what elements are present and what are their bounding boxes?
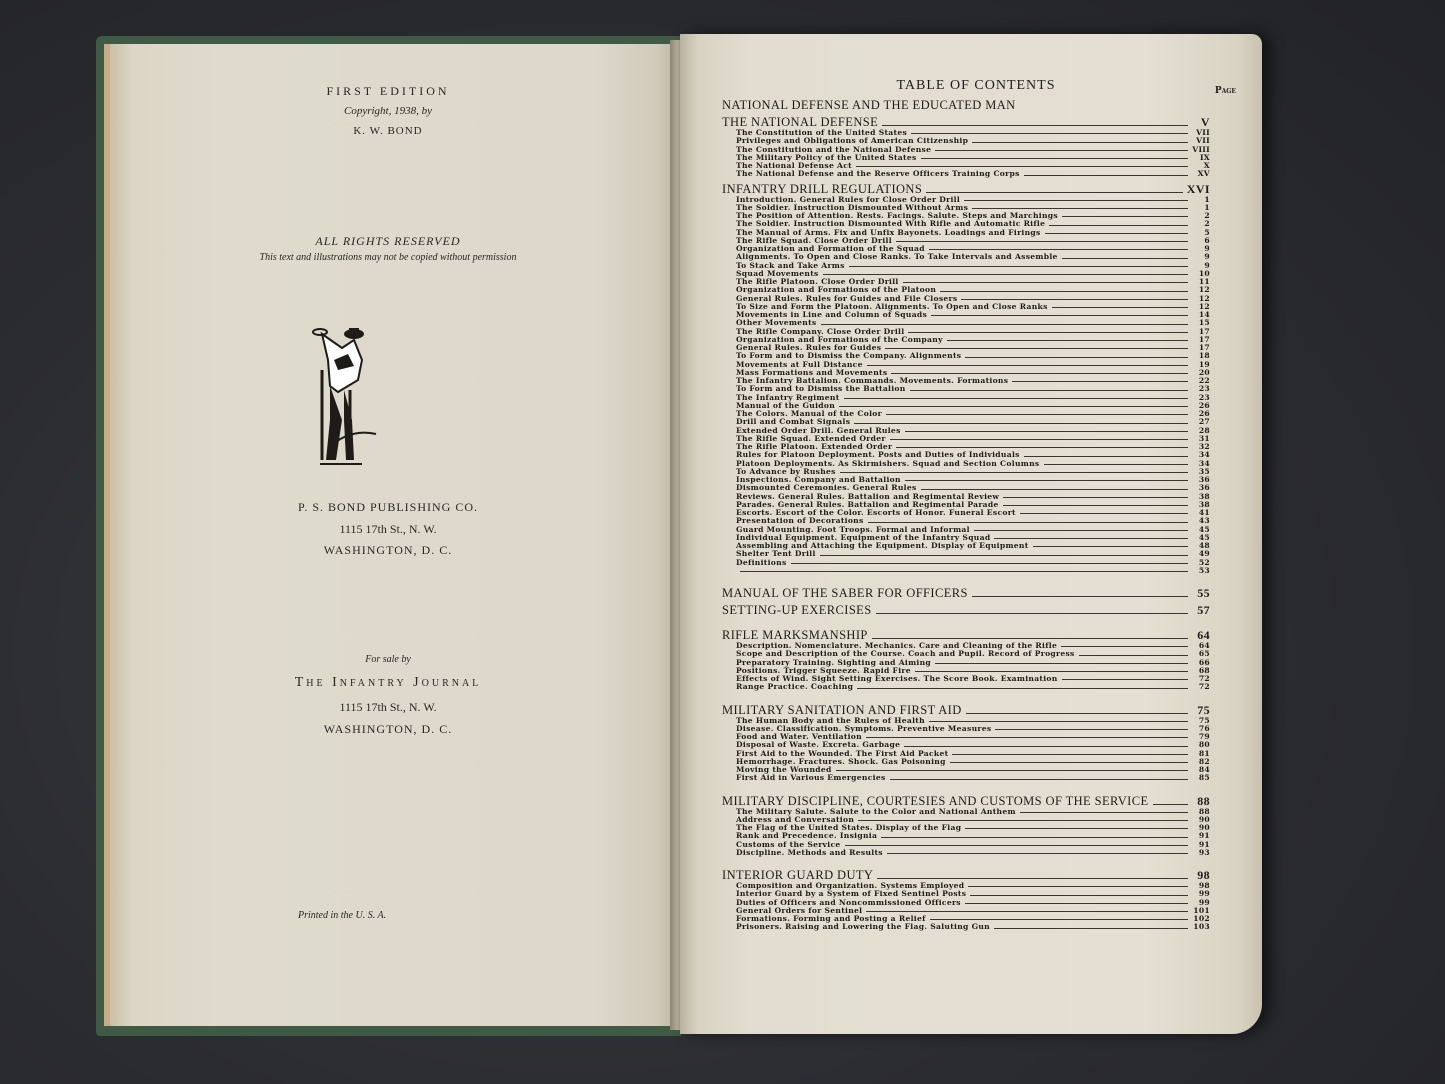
toc-section-row[interactable]: MANUAL OF THE SABER FOR OFFICERS55 bbox=[722, 586, 1210, 600]
leader-line bbox=[1049, 225, 1188, 226]
section-title: SETTING-UP EXERCISES bbox=[722, 603, 872, 617]
permission-notice: This text and illustrations may not be c… bbox=[104, 252, 672, 263]
leader-line bbox=[881, 837, 1188, 838]
leader-line bbox=[896, 447, 1188, 448]
leader-line bbox=[972, 596, 1188, 597]
seller-street: 1115 17th St., N. W. bbox=[104, 700, 672, 715]
leader-line bbox=[820, 555, 1188, 556]
leader-line bbox=[965, 828, 1188, 829]
section-title: INTERIOR GUARD DUTY bbox=[722, 868, 873, 882]
toc-entry-row[interactable]: First Aid in Various Emergencies85 bbox=[722, 774, 1210, 782]
toc-entry-row[interactable]: Prisoners. Raising and Lowering the Flag… bbox=[722, 923, 1210, 931]
leader-line bbox=[964, 200, 1188, 201]
leader-line bbox=[935, 663, 1188, 664]
toc-entry-row[interactable]: Discipline. Methods and Results93 bbox=[722, 849, 1210, 857]
section-page-number: XVI bbox=[1187, 182, 1210, 196]
leader-line bbox=[840, 472, 1188, 473]
leader-line bbox=[791, 563, 1188, 564]
leader-line bbox=[952, 754, 1188, 755]
leader-line bbox=[890, 439, 1188, 440]
leader-line bbox=[965, 903, 1188, 904]
leader-line bbox=[1003, 505, 1188, 506]
leader-line bbox=[1062, 258, 1188, 259]
leader-line bbox=[1045, 233, 1188, 234]
leader-line bbox=[1003, 497, 1188, 498]
leader-line bbox=[844, 398, 1188, 399]
leader-line bbox=[890, 779, 1188, 780]
copyright-line: Copyright, 1938, by bbox=[104, 105, 672, 117]
leader-line bbox=[1052, 307, 1188, 308]
leader-line bbox=[1062, 216, 1188, 217]
entry-title: Range Practice. Coaching bbox=[736, 683, 853, 691]
leader-line bbox=[994, 538, 1188, 539]
leader-line bbox=[905, 480, 1188, 481]
entry-page-number: 85 bbox=[1192, 774, 1210, 782]
leader-line bbox=[1033, 546, 1188, 547]
toc-section-row[interactable]: INFANTRY DRILL REGULATIONSXVI bbox=[722, 182, 1210, 196]
leader-line bbox=[1012, 381, 1188, 382]
leader-line bbox=[740, 571, 1188, 572]
leader-line bbox=[872, 638, 1188, 639]
for-sale-label: For sale by bbox=[104, 654, 672, 665]
leader-line bbox=[911, 133, 1188, 134]
leader-line bbox=[929, 721, 1188, 722]
section-gap bbox=[722, 857, 1210, 865]
leader-line bbox=[915, 671, 1188, 672]
leader-line bbox=[974, 530, 1188, 531]
leader-line bbox=[823, 274, 1188, 275]
entry-title: Definitions bbox=[736, 559, 787, 567]
entry-page-number: 53 bbox=[1192, 567, 1210, 575]
leader-line bbox=[866, 911, 1188, 912]
leader-line bbox=[947, 340, 1188, 341]
leader-line bbox=[1061, 646, 1188, 647]
section-page-number: V bbox=[1192, 115, 1210, 129]
leader-line bbox=[921, 489, 1188, 490]
leader-line bbox=[856, 166, 1188, 167]
leader-line bbox=[896, 241, 1188, 242]
leader-line bbox=[929, 249, 1188, 250]
leader-line bbox=[1153, 804, 1188, 805]
leader-line bbox=[910, 390, 1188, 391]
entry-title: Discipline. Methods and Results bbox=[736, 849, 883, 857]
section-title: MILITARY SANITATION AND FIRST AID bbox=[722, 703, 962, 717]
leader-line bbox=[886, 414, 1188, 415]
section-gap bbox=[722, 617, 1210, 625]
leader-line bbox=[926, 192, 1183, 193]
leader-line bbox=[931, 315, 1188, 316]
toc-section-row[interactable]: MILITARY DISCIPLINE, COURTESIES AND CUST… bbox=[722, 794, 1210, 808]
leader-line bbox=[950, 762, 1188, 763]
leader-line bbox=[921, 158, 1188, 159]
leader-line bbox=[940, 291, 1188, 292]
leader-line bbox=[882, 125, 1188, 126]
leader-line bbox=[821, 324, 1188, 325]
section-gap bbox=[722, 783, 1210, 791]
leader-line bbox=[965, 357, 1188, 358]
leader-line bbox=[1020, 812, 1188, 813]
leader-line bbox=[839, 406, 1188, 407]
entry-page-number: 103 bbox=[1192, 923, 1210, 931]
leader-line bbox=[857, 688, 1188, 689]
leader-line bbox=[972, 208, 1188, 209]
leader-line bbox=[930, 919, 1188, 920]
page-column-label: Page bbox=[1215, 86, 1236, 96]
entry-title: The National Defense and the Reserve Off… bbox=[736, 170, 1020, 178]
leader-line bbox=[961, 299, 1188, 300]
leader-line bbox=[1024, 175, 1188, 176]
leader-line bbox=[1062, 679, 1188, 680]
leader-line bbox=[858, 820, 1188, 821]
leader-line bbox=[836, 770, 1188, 771]
edition-label: FIRST EDITION bbox=[104, 84, 672, 99]
toc-entry-row[interactable]: Definitions52 bbox=[722, 559, 1210, 567]
seller-city: WASHINGTON, D. C. bbox=[104, 722, 672, 737]
leader-line bbox=[885, 348, 1188, 349]
leader-line bbox=[935, 150, 1188, 151]
publisher-city: WASHINGTON, D. C. bbox=[104, 543, 672, 558]
section-title: INFANTRY DRILL REGULATIONS bbox=[722, 182, 922, 196]
section-title: MILITARY DISCIPLINE, COURTESIES AND CUST… bbox=[722, 794, 1149, 808]
section-title: RIFLE MARKSMANSHIP bbox=[722, 628, 868, 642]
section-page-number: 64 bbox=[1192, 628, 1210, 642]
publisher-name: P. S. BOND PUBLISHING CO. bbox=[104, 500, 672, 515]
leader-line bbox=[908, 332, 1188, 333]
table-of-contents: TABLE OF CONTENTS Page NATIONAL DEFENSE … bbox=[722, 78, 1210, 932]
crossbowman-emblem-icon bbox=[308, 320, 378, 470]
toc-entry-row[interactable]: The National Defense and the Reserve Off… bbox=[722, 170, 1210, 178]
leader-line bbox=[854, 423, 1188, 424]
entry-page-number: 72 bbox=[1192, 683, 1210, 691]
leader-line bbox=[1044, 464, 1188, 465]
section-page-number: 55 bbox=[1192, 586, 1210, 600]
toc-part-header: NATIONAL DEFENSE AND THE EDUCATED MAN bbox=[722, 98, 1210, 112]
rights-reserved: ALL RIGHTS RESERVED bbox=[104, 234, 672, 249]
toc-section-row[interactable]: INTERIOR GUARD DUTY98 bbox=[722, 868, 1210, 882]
toc-section-row[interactable]: THE NATIONAL DEFENSEV bbox=[722, 115, 1210, 129]
leader-line bbox=[905, 431, 1188, 432]
leader-line bbox=[868, 522, 1188, 523]
toc-section-row[interactable]: MILITARY SANITATION AND FIRST AID75 bbox=[722, 703, 1210, 717]
publisher-street: 1115 17th St., N. W. bbox=[104, 522, 672, 537]
leader-line bbox=[995, 729, 1188, 730]
leader-line bbox=[887, 853, 1188, 854]
leader-line bbox=[1079, 655, 1188, 656]
section-page-number: 75 bbox=[1192, 703, 1210, 717]
section-gap bbox=[722, 692, 1210, 700]
entry-page-number: 93 bbox=[1192, 849, 1210, 857]
author-name: K. W. BOND bbox=[104, 125, 672, 137]
toc-entry-row[interactable]: Shelter Tent Drill49 bbox=[722, 550, 1210, 558]
entry-title: First Aid in Various Emergencies bbox=[736, 774, 886, 782]
entry-page-number: XV bbox=[1192, 170, 1210, 178]
leader-line bbox=[845, 845, 1188, 846]
leader-line bbox=[903, 282, 1188, 283]
leader-line bbox=[904, 746, 1188, 747]
leader-line bbox=[867, 365, 1188, 366]
leader-line bbox=[866, 737, 1188, 738]
section-page-number: 98 bbox=[1192, 868, 1210, 882]
leader-line bbox=[1020, 513, 1188, 514]
toc-title: TABLE OF CONTENTS bbox=[742, 78, 1210, 94]
toc-entry-row[interactable]: 53 bbox=[722, 567, 1210, 575]
printed-in-usa: Printed in the U. S. A. bbox=[298, 910, 386, 921]
section-gap bbox=[722, 575, 1210, 583]
leader-line bbox=[994, 928, 1188, 929]
toc-entry-row[interactable]: Range Practice. Coaching72 bbox=[722, 683, 1210, 691]
leader-line bbox=[972, 142, 1188, 143]
section-title: MANUAL OF THE SABER FOR OFFICERS bbox=[722, 586, 968, 600]
toc-section-row[interactable]: SETTING-UP EXERCISES57 bbox=[722, 603, 1210, 617]
leader-line bbox=[849, 266, 1188, 267]
leader-line bbox=[877, 878, 1188, 879]
leader-line bbox=[968, 886, 1188, 887]
section-page-number: 57 bbox=[1192, 603, 1210, 617]
leader-line bbox=[1024, 456, 1188, 457]
leader-line bbox=[891, 373, 1188, 374]
leader-line bbox=[970, 895, 1188, 896]
entry-title: Prisoners. Raising and Lowering the Flag… bbox=[736, 923, 990, 931]
section-title: THE NATIONAL DEFENSE bbox=[722, 115, 878, 129]
toc-section-row[interactable]: RIFLE MARKSMANSHIP64 bbox=[722, 628, 1210, 642]
seller-name: The Infantry Journal bbox=[104, 675, 672, 691]
section-page-number: 88 bbox=[1192, 794, 1210, 808]
leader-line bbox=[966, 713, 1188, 714]
toc-entries: THE NATIONAL DEFENSEVThe Constitution of… bbox=[722, 115, 1210, 932]
leader-line bbox=[876, 613, 1188, 614]
